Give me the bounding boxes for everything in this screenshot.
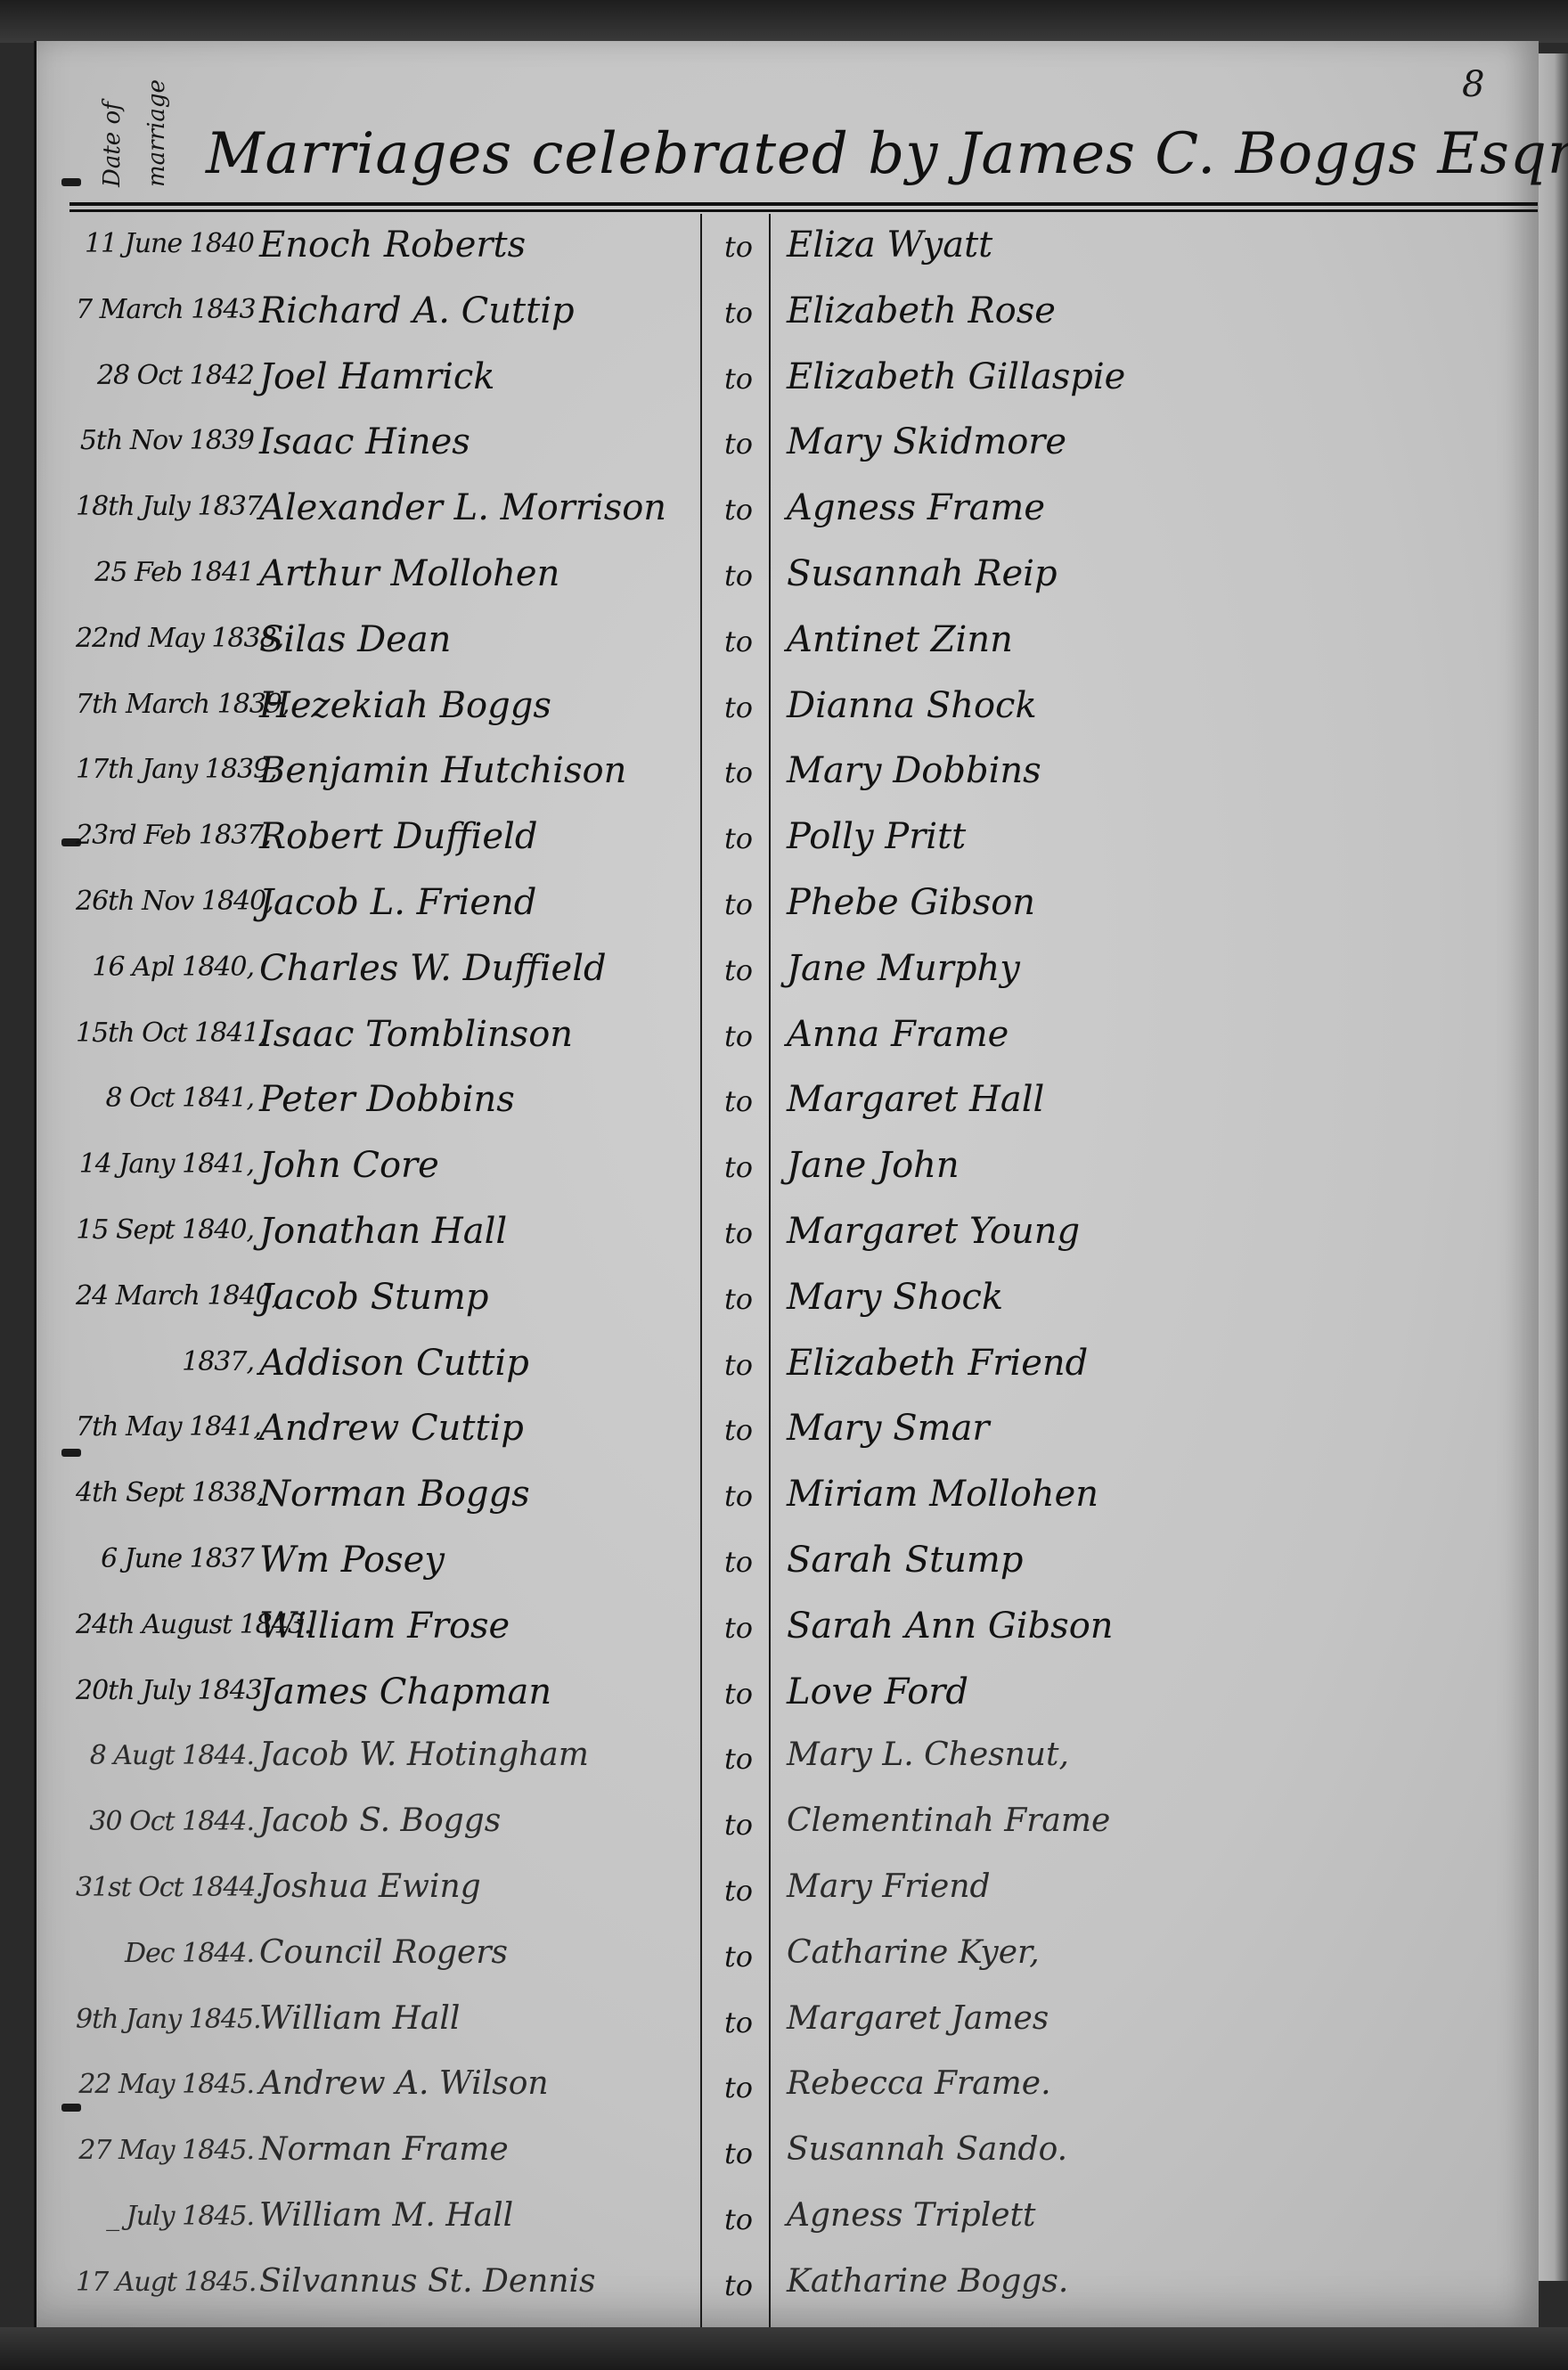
connector-to: to <box>714 2137 764 2170</box>
marriage-entry: 24th August 1843. William Frose to Sarah… <box>37 1609 1539 1671</box>
marriage-date: 5th Nov 1839 <box>76 425 254 456</box>
marriage-entry: 18th July 1837 Alexander L. Morrison to … <box>37 491 1539 553</box>
marriage-entry: 28 Oct 1842 Joel Hamrick to Elizabeth Gi… <box>37 360 1539 422</box>
groom-name: William M. Hall <box>259 2197 696 2234</box>
bride-name: Margaret Hall <box>787 1079 1499 1120</box>
groom-name: Norman Frame <box>259 2131 696 2168</box>
marriage-entry: 15 Sept 1840, Jonathan Hall to Margaret … <box>37 1214 1539 1277</box>
marriage-date: 31st Oct 1844. <box>76 1872 254 1903</box>
groom-name: Charles W. Duffield <box>259 948 696 989</box>
marriage-date: 25 Feb 1841 <box>76 557 254 588</box>
bride-name: Mary L. Chesnut, <box>787 1737 1499 1773</box>
marriage-date: _ July 1845. <box>76 2201 254 2232</box>
groom-name: Jacob L. Friend <box>259 882 696 923</box>
marriage-entry: 11 June 1840 Enoch Roberts to Eliza Wyat… <box>37 228 1539 290</box>
bride-name: Susannah Sando. <box>787 2131 1499 2168</box>
marriage-date: 22 May 1845. <box>76 2069 254 2100</box>
groom-name: Richard A. Cuttip <box>259 290 696 331</box>
groom-name: Jacob W. Hotingham <box>259 1737 696 1773</box>
marriage-entry: 24 March 1840, Jacob Stump to Mary Shock <box>37 1280 1539 1343</box>
groom-name: Jacob S. Boggs <box>259 1802 696 1839</box>
marriage-date: 28 Oct 1842 <box>76 360 254 391</box>
bride-name: Mary Friend <box>787 1868 1499 1905</box>
groom-name: Isaac Hines <box>259 421 696 462</box>
bride-name: Mary Smar <box>787 1408 1499 1449</box>
marriage-date: 20th July 1843. <box>76 1675 254 1706</box>
marriage-entry: 17 Augt 1845. Silvannus St. Dennis to Ka… <box>37 2267 1539 2329</box>
marriage-date: 9th Jany 1845. <box>76 2004 254 2035</box>
groom-name: Wm Posey <box>259 1540 696 1581</box>
marriage-date: 1837, <box>76 1346 254 1377</box>
marriage-date: 17 Augt 1845. <box>76 2267 254 2298</box>
bride-name: Sarah Ann Gibson <box>787 1606 1499 1647</box>
bride-name: Dianna Shock <box>787 685 1499 726</box>
bride-name: Jane Murphy <box>787 948 1499 989</box>
marriage-date: Dec 1844. <box>76 1938 254 1969</box>
marriage-date: 4th Sept 1838, <box>76 1477 254 1508</box>
groom-name: Peter Dobbins <box>259 1079 696 1120</box>
bride-name: Rebecca Frame. <box>787 2065 1499 2102</box>
bride-name: Anna Frame <box>787 1014 1499 1055</box>
connector-to: to <box>714 1677 764 1711</box>
bride-name: Jane John <box>787 1145 1499 1186</box>
marriage-entry: 23rd Feb 1837, Robert Duffield to Polly … <box>37 820 1539 882</box>
groom-name: Norman Boggs <box>259 1474 696 1515</box>
bride-name: Agness Frame <box>787 487 1499 528</box>
groom-name: Isaac Tomblinson <box>259 1014 696 1055</box>
groom-name: John Core <box>259 1145 696 1186</box>
bride-name: Antinet Zinn <box>787 619 1499 660</box>
bride-name: Katharine Boggs. <box>787 2263 1499 2300</box>
groom-name: Addison Cuttip <box>259 1343 696 1384</box>
connector-to: to <box>714 1742 764 1776</box>
bride-name: Elizabeth Friend <box>787 1343 1499 1384</box>
connector-to: to <box>714 362 764 396</box>
connector-to: to <box>714 559 764 592</box>
connector-to: to <box>714 493 764 527</box>
connector-to: to <box>714 1808 764 1842</box>
bride-name: Polly Pritt <box>787 816 1499 857</box>
adjacent-page-edge <box>1534 53 1568 2281</box>
connector-to: to <box>714 1611 764 1645</box>
marriage-entry: 14 Jany 1841, John Core to Jane John <box>37 1148 1539 1211</box>
groom-name: Hezekiah Boggs <box>259 685 696 726</box>
marriage-date: 24 March 1840, <box>76 1280 254 1312</box>
bride-name: Agness Triplett <box>787 2197 1499 2234</box>
groom-name: William Hall <box>259 2000 696 2037</box>
connector-to: to <box>714 2071 764 2104</box>
bride-name: Eliza Wyatt <box>787 225 1499 266</box>
groom-name: Arthur Mollohen <box>259 553 696 594</box>
marriage-entry: 15th Oct 1841, Isaac Tomblinson to Anna … <box>37 1017 1539 1080</box>
connector-to: to <box>714 230 764 264</box>
marriage-date: 7 March 1843 <box>76 294 254 325</box>
marriage-entry: 8 Augt 1844. Jacob W. Hotingham to Mary … <box>37 1740 1539 1802</box>
marriage-date: 15 Sept 1840, <box>76 1214 254 1246</box>
connector-to: to <box>714 887 764 921</box>
connector-to: to <box>714 1348 764 1382</box>
connector-to: to <box>714 1216 764 1250</box>
bride-name: Elizabeth Rose <box>787 290 1499 331</box>
marriage-date: 14 Jany 1841, <box>76 1148 254 1180</box>
marriage-date: 16 Apl 1840, <box>76 952 254 983</box>
marriage-entry: 30 Oct 1844. Jacob S. Boggs to Clementin… <box>37 1806 1539 1868</box>
bride-name: Mary Skidmore <box>787 421 1499 462</box>
connector-to: to <box>714 1940 764 1974</box>
bride-name: Mary Shock <box>787 1277 1499 1318</box>
marriage-entry: 22nd May 1838, Silas Dean to Antinet Zin… <box>37 623 1539 685</box>
connector-to: to <box>714 1084 764 1118</box>
marriage-entry: 9th Jany 1845. William Hall to Margaret … <box>37 2004 1539 2066</box>
connector-to: to <box>714 1413 764 1447</box>
connector-to: to <box>714 427 764 461</box>
marriage-entry: 31st Oct 1844. Joshua Ewing to Mary Frie… <box>37 1872 1539 1934</box>
book-binding-top <box>0 0 1568 43</box>
marriage-date: 18th July 1837 <box>76 491 254 522</box>
connector-to: to <box>714 2202 764 2236</box>
marriage-date: 17th Jany 1839, <box>76 754 254 785</box>
marriage-entry: 6 June 1837 Wm Posey to Sarah Stump <box>37 1543 1539 1606</box>
bride-name: Miriam Mollohen <box>787 1474 1499 1515</box>
groom-name: Benjamin Hutchison <box>259 750 696 791</box>
marriage-date: 26th Nov 1840, <box>76 886 254 917</box>
connector-to: to <box>714 296 764 330</box>
connector-to: to <box>714 1545 764 1579</box>
connector-to: to <box>714 1282 764 1316</box>
connector-to: to <box>714 821 764 855</box>
groom-name: Alexander L. Morrison <box>259 487 696 528</box>
marriage-date: 8 Oct 1841, <box>76 1083 254 1114</box>
marriage-date: 27 May 1845. <box>76 2135 254 2166</box>
marriage-entry: 25 Feb 1841 Arthur Mollohen to Susannah … <box>37 557 1539 619</box>
marriage-entries-list: 11 June 1840 Enoch Roberts to Eliza Wyat… <box>37 41 1539 2331</box>
marriage-entry: 27 May 1845. Norman Frame to Susannah Sa… <box>37 2135 1539 2197</box>
connector-to: to <box>714 2268 764 2302</box>
groom-name: Jacob Stump <box>259 1277 696 1318</box>
groom-name: Silas Dean <box>259 619 696 660</box>
connector-to: to <box>714 691 764 724</box>
groom-name: Silvannus St. Dennis <box>259 2263 696 2300</box>
marriage-entry: 5th Nov 1839 Isaac Hines to Mary Skidmor… <box>37 425 1539 487</box>
marriage-entry: 7th March 1839, Hezekiah Boggs to Dianna… <box>37 689 1539 751</box>
connector-to: to <box>714 953 764 987</box>
bride-name: Phebe Gibson <box>787 882 1499 923</box>
bride-name: Sarah Stump <box>787 1540 1499 1581</box>
bride-name: Susannah Reip <box>787 553 1499 594</box>
bride-name: Love Ford <box>787 1671 1499 1712</box>
bride-name: Mary Dobbins <box>787 750 1499 791</box>
marriage-entry: 26th Nov 1840, Jacob L. Friend to Phebe … <box>37 886 1539 948</box>
groom-name: Andrew Cuttip <box>259 1408 696 1449</box>
connector-to: to <box>714 1874 764 1908</box>
marriage-entry: 4th Sept 1838, Norman Boggs to Miriam Mo… <box>37 1477 1539 1540</box>
connector-to: to <box>714 2006 764 2039</box>
connector-to: to <box>714 1150 764 1184</box>
marriage-entry: 7th May 1841, Andrew Cuttip to Mary Smar <box>37 1411 1539 1474</box>
marriage-date: 15th Oct 1841, <box>76 1017 254 1049</box>
marriage-date: 22nd May 1838, <box>76 623 254 654</box>
marriage-entry: Dec 1844. Council Rogers to Catharine Ky… <box>37 1938 1539 2000</box>
groom-name: Joel Hamrick <box>259 356 696 397</box>
connector-to: to <box>714 756 764 789</box>
marriage-date: 30 Oct 1844. <box>76 1806 254 1837</box>
marriage-date: 24th August 1843. <box>76 1609 254 1640</box>
marriage-entry: _ July 1845. William M. Hall to Agness T… <box>37 2201 1539 2263</box>
marriage-date: 8 Augt 1844. <box>76 1740 254 1771</box>
connector-to: to <box>714 1019 764 1053</box>
groom-name: Enoch Roberts <box>259 225 696 266</box>
marriage-date: 7th March 1839, <box>76 689 254 720</box>
marriage-date: 11 June 1840 <box>76 228 254 259</box>
groom-name: Council Rogers <box>259 1934 696 1971</box>
marriage-date: 7th May 1841, <box>76 1411 254 1442</box>
groom-name: Jonathan Hall <box>259 1211 696 1252</box>
marriage-date: 23rd Feb 1837, <box>76 820 254 851</box>
register-page: Date of marriage 8 Marriages celebrated … <box>34 41 1539 2331</box>
marriage-entry: 17th Jany 1839, Benjamin Hutchison to Ma… <box>37 754 1539 816</box>
marriage-entry: 20th July 1843. James Chapman to Love Fo… <box>37 1675 1539 1737</box>
bride-name: Catharine Kyer, <box>787 1934 1499 1971</box>
bride-name: Clementinah Frame <box>787 1802 1499 1839</box>
groom-name: Andrew A. Wilson <box>259 2065 696 2102</box>
groom-name: William Frose <box>259 1606 696 1647</box>
connector-to: to <box>714 1479 764 1513</box>
marriage-entry: 22 May 1845. Andrew A. Wilson to Rebecca… <box>37 2069 1539 2131</box>
book-binding-bottom <box>0 2327 1568 2370</box>
marriage-date: 6 June 1837 <box>76 1543 254 1574</box>
bride-name: Elizabeth Gillaspie <box>787 356 1499 397</box>
marriage-entry: 1837, Addison Cuttip to Elizabeth Friend <box>37 1346 1539 1409</box>
marriage-entry: 8 Oct 1841, Peter Dobbins to Margaret Ha… <box>37 1083 1539 1145</box>
marriage-entry: 16 Apl 1840, Charles W. Duffield to Jane… <box>37 952 1539 1014</box>
groom-name: Robert Duffield <box>259 816 696 857</box>
marriage-entry: 7 March 1843 Richard A. Cuttip to Elizab… <box>37 294 1539 356</box>
connector-to: to <box>714 625 764 658</box>
bride-name: Margaret James <box>787 2000 1499 2037</box>
bride-name: Margaret Young <box>787 1211 1499 1252</box>
groom-name: James Chapman <box>259 1671 696 1712</box>
groom-name: Joshua Ewing <box>259 1868 696 1905</box>
